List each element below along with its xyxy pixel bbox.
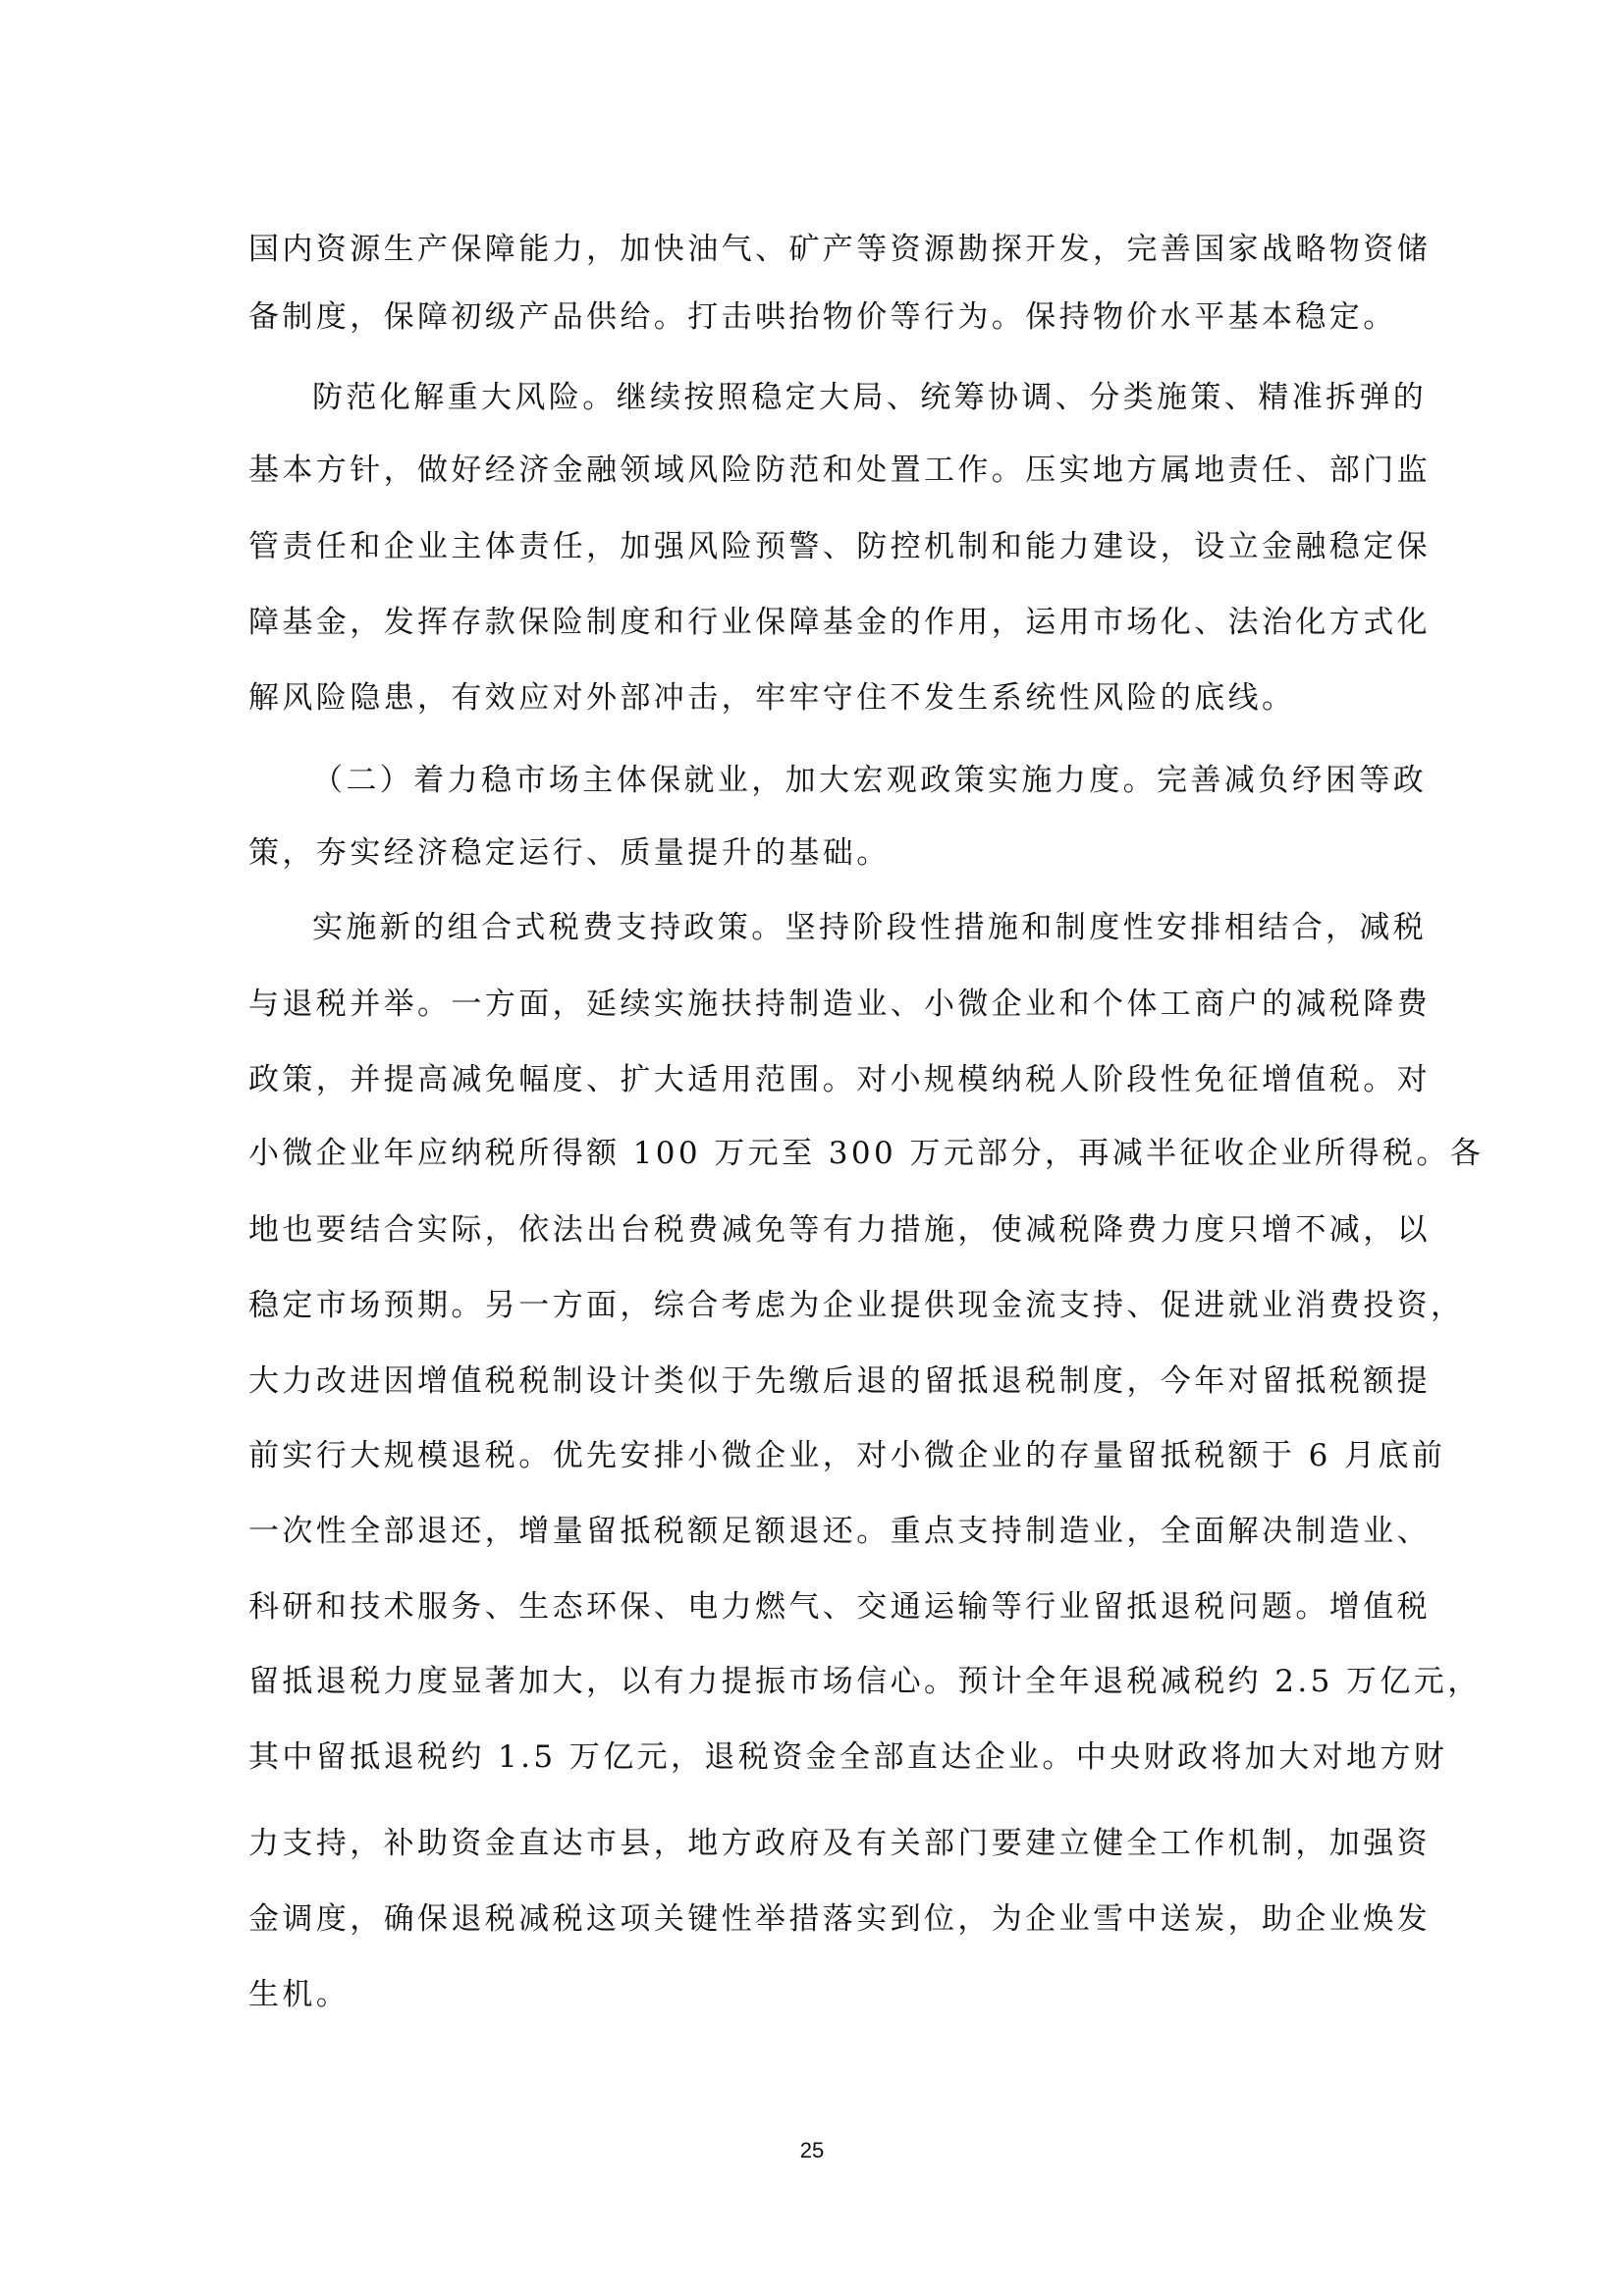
text-line: 一次性全部退还，增量留抵税额足额退还。重点支持制造业，全面解决制造业、 bbox=[248, 1512, 1387, 1551]
section-heading-line: （二）着力稳市场主体保就业，加大宏观政策实施力度。完善减负纾困等政 bbox=[312, 761, 1387, 800]
text-line: 国内资源生产保障能力，加快油气、矿产等资源勘探开发，完善国家战略物资储 bbox=[248, 230, 1387, 269]
text-line: 策，夯实经济稳定运行、质量提升的基础。 bbox=[248, 833, 1387, 873]
text-line: 前实行大规模退税。优先安排小微企业，对小微企业的存量留抵税额于 6 月底前 bbox=[248, 1436, 1387, 1475]
paragraph-start-line: 防范化解重大风险。继续按照稳定大局、统筹协调、分类施策、精准拆弹的 bbox=[312, 378, 1387, 417]
document-page: 国内资源生产保障能力，加快油气、矿产等资源勘探开发，完善国家战略物资储 备制度，… bbox=[0, 0, 1624, 2296]
text-line: 政策，并提高减免幅度、扩大适用范围。对小规模纳税人阶段性免征增值税。对 bbox=[248, 1060, 1387, 1099]
text-line: 力支持，补助资金直达市县，地方政府及有关部门要建立健全工作机制，加强资 bbox=[248, 1824, 1387, 1863]
text-line: 科研和技术服务、生态环保、电力燃气、交通运输等行业留抵退税问题。增值税 bbox=[248, 1587, 1387, 1627]
text-line: 解风险隐患，有效应对外部冲击，牢牢守住不发生系统性风险的底线。 bbox=[248, 678, 1387, 718]
text-line: 备制度，保障初级产品供给。打击哄抬物价等行为。保持物价水平基本稳定。 bbox=[248, 297, 1387, 337]
text-line: 金调度，确保退税减税这项关键性举措落实到位，为企业雪中送炭，助企业焕发 bbox=[248, 1899, 1387, 1939]
text-line: 大力改进因增值税税制设计类似于先缴后退的留抵退税制度，今年对留抵税额提 bbox=[248, 1362, 1387, 1401]
text-line: 基本方针，做好经济金融领域风险防范和处置工作。压实地方属地责任、部门监 bbox=[248, 451, 1387, 490]
text-line: 障基金，发挥存款保险制度和行业保障基金的作用，运用市场化、法治化方式化 bbox=[248, 603, 1387, 642]
text-line: 地也要结合实际，依法出台税费减免等有力措施，使减税降费力度只增不减，以 bbox=[248, 1210, 1387, 1250]
text-line: 稳定市场预期。另一方面，综合考虑为企业提供现金流支持、促进就业消费投资， bbox=[248, 1286, 1387, 1325]
text-line: 与退税并举。一方面，延续实施扶持制造业、小微企业和个体工商户的减税降费 bbox=[248, 985, 1387, 1024]
text-line: 小微企业年应纳税所得额 100 万元至 300 万元部分，再减半征收企业所得税。… bbox=[248, 1134, 1387, 1173]
text-line: 管责任和企业主体责任，加强风险预警、防控机制和能力建设，设立金融稳定保 bbox=[248, 527, 1387, 566]
page-number: 25 bbox=[0, 2138, 1624, 2163]
paragraph-start-line: 实施新的组合式税费支持政策。坚持阶段性措施和制度性安排相结合，减税 bbox=[312, 908, 1387, 947]
text-line: 留抵退税力度显著加大，以有力提振市场信心。预计全年退税减税约 2.5 万亿元， bbox=[248, 1662, 1387, 1701]
text-line: 其中留抵退税约 1.5 万亿元，退税资金全部直达企业。中央财政将加大对地方财 bbox=[248, 1737, 1387, 1777]
text-line: 生机。 bbox=[248, 1975, 1387, 2014]
